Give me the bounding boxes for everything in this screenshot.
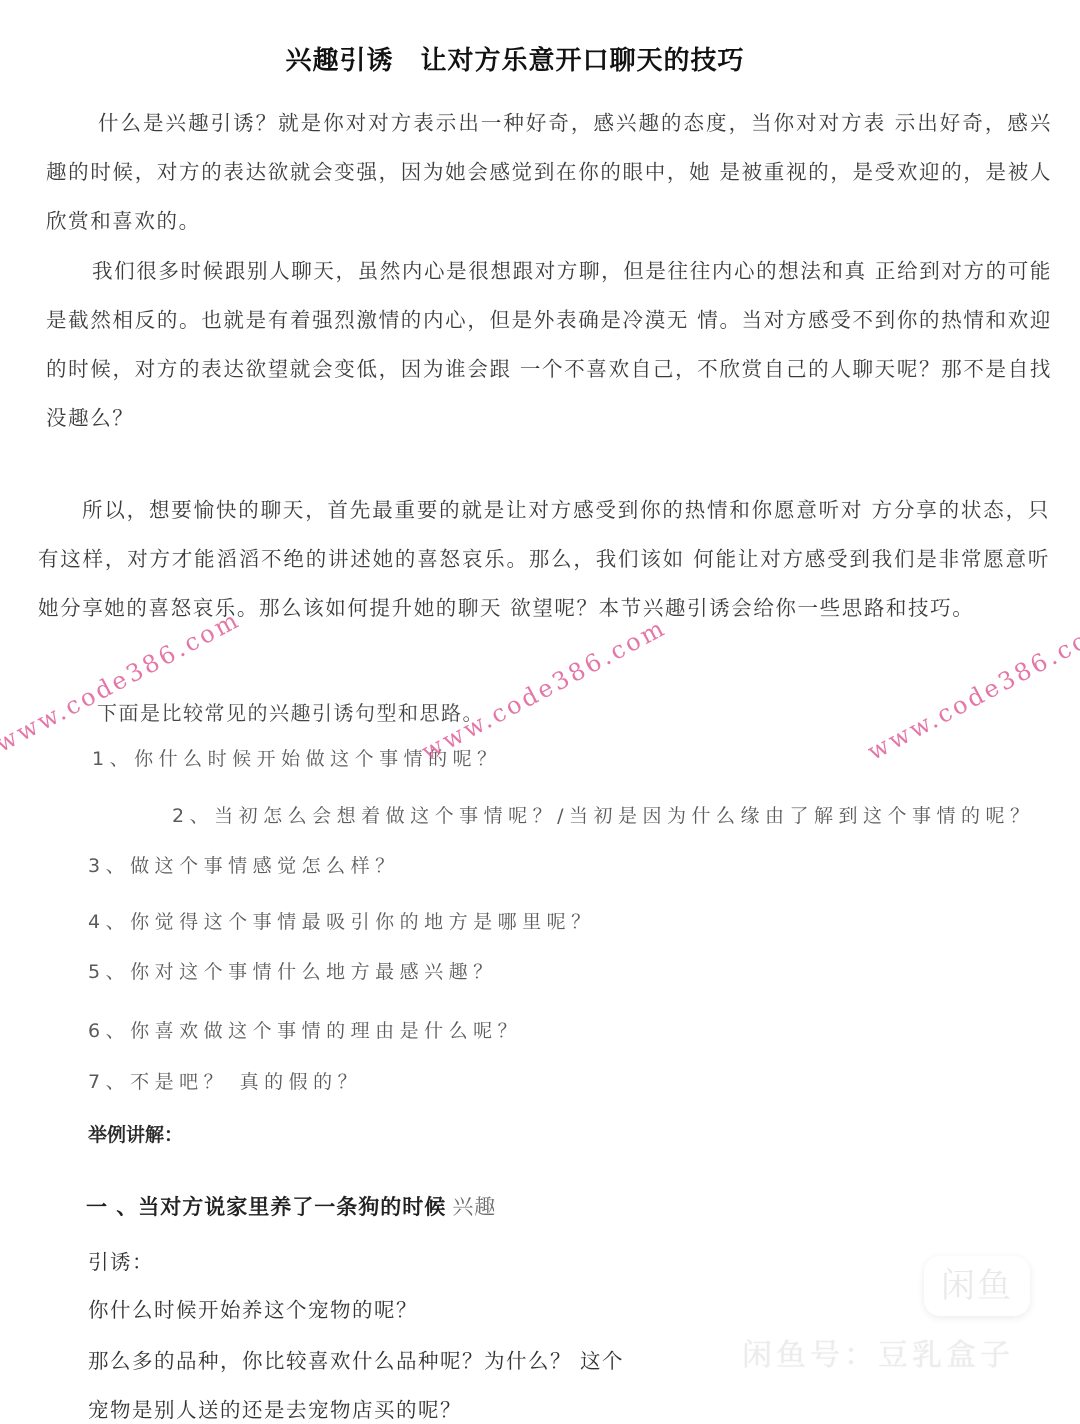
question-item-6: 6、你喜欢做这个事情的理由是什么呢？	[88, 1016, 522, 1043]
site-watermark-right: www.code386.com	[863, 613, 1080, 766]
document-title: 兴趣引诱 让对方乐意开口聊天的技巧	[0, 40, 1030, 77]
question-item-7: 7、不是吧？ 真的假的？	[88, 1067, 362, 1094]
example-heading: 举例讲解：	[88, 1120, 183, 1147]
xianyu-logo-icon: 闲鱼	[924, 1256, 1030, 1316]
xianyu-id-watermark: 闲鱼号：豆乳盒子	[742, 1330, 1014, 1374]
question-item-4: 4、你觉得这个事情最吸引你的地方是哪里呢？	[88, 907, 596, 934]
paragraph-problem: 我们很多时候跟别人聊天，虽然内心是很想跟对方聊，但是往往内心的想法和真 正给到对…	[46, 247, 1052, 443]
section-one-heading-tail: 兴趣	[452, 1195, 496, 1219]
example-line-3: 宠物是别人送的还是去宠物店买的呢？	[88, 1393, 462, 1423]
paragraph-intro: 什么是兴趣引诱？就是你对对方表示出一种好奇，感兴趣的态度，当你对对方表 示出好奇…	[46, 99, 1052, 246]
document-page: 兴趣引诱 让对方乐意开口聊天的技巧 什么是兴趣引诱？就是你对对方表示出一种好奇，…	[0, 0, 1080, 1424]
question-item-2: 2、当初怎么会想着做这个事情呢？/当初是因为什么缘由了解到这个事情的呢？	[172, 801, 1035, 828]
section-one-heading-text: 一 、当对方说家里养了一条狗的时候	[86, 1195, 446, 1219]
paragraph-solution: 所以，想要愉快的聊天，首先最重要的就是让对方感受到你的热情和你愿意听对 方分享的…	[38, 486, 1050, 633]
question-item-3: 3、做这个事情感觉怎么样？	[88, 851, 400, 878]
list-intro: 下面是比较常见的兴趣引诱句型和思路。	[97, 697, 484, 726]
question-item-5: 5、你对这个事情什么地方最感兴趣？	[88, 957, 498, 984]
example-line-1: 你什么时候开始养这个宠物的呢？	[88, 1293, 418, 1323]
example-line-2: 那么多的品种，你比较喜欢什么品种呢？为什么？ 这个	[88, 1344, 624, 1374]
section-one-heading: 一 、当对方说家里养了一条狗的时候兴趣	[86, 1191, 496, 1221]
question-item-1: 1、你什么时候开始做这个事情的呢？	[92, 744, 502, 771]
section-one-label: 引诱：	[88, 1245, 154, 1275]
